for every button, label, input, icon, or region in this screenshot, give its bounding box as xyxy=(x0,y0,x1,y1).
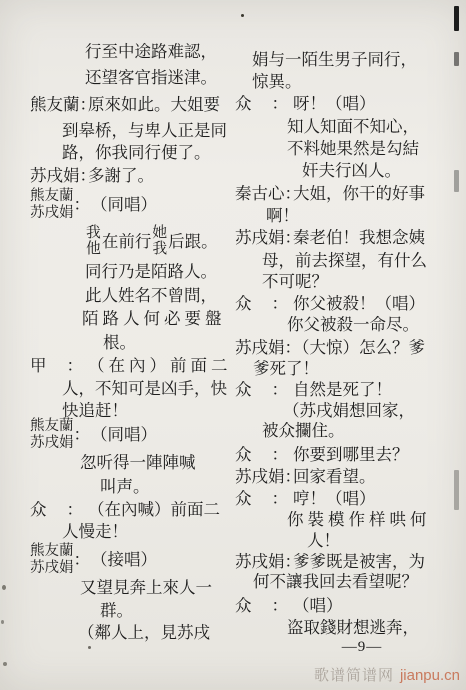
line-text: 路，你我同行便了。 xyxy=(62,143,211,163)
scan-edge-mark xyxy=(454,470,459,510)
speaker-name: 苏戌娟 xyxy=(30,435,74,452)
speaker-label: 众： xyxy=(235,294,288,314)
stage-cue: （接唱） xyxy=(91,550,157,570)
line-text: 在前行 xyxy=(102,232,152,252)
lyric-line: 同行乃是陌路人。 xyxy=(85,262,217,282)
line-text: （鄰人上，見苏戌 xyxy=(78,623,210,643)
stage-direction: （鄰人上，見苏戌 xyxy=(78,623,210,643)
dialogue-continuation: 人，不知可是凶手，快 xyxy=(62,379,227,399)
joint-speaker-label: 熊友蘭苏戌娟： xyxy=(30,543,87,578)
speaker-name: 苏戌娟 xyxy=(30,560,74,577)
speaker-label: 众： xyxy=(30,500,83,520)
dialogue-continuation: 何不讓我回去看望呢？ xyxy=(253,572,418,592)
joint-speaker-line: 熊友蘭苏戌娟：（接唱） xyxy=(30,543,157,578)
joint-speaker-line: 熊友蘭苏戌娟：（同唱） xyxy=(30,188,157,223)
dialogue-continuation: 母，前去探望，有什么 xyxy=(262,251,427,271)
speaker-colon: ： xyxy=(272,294,289,314)
speaker-name: 众 xyxy=(235,94,252,114)
joint-speaker-label: 熊友蘭苏戌娟： xyxy=(30,188,87,223)
speaker-name: 熊友蘭 xyxy=(30,543,74,560)
line-text: 你父被殺！（唱） xyxy=(293,294,425,314)
stage-direction: 被众攔住。 xyxy=(262,421,345,441)
stage-cue: （同唱） xyxy=(91,425,157,445)
line-text: 还望客官指迷津。 xyxy=(85,68,217,88)
opera-script-page: 行至中途路难認， 还望客官指迷津。 熊友蘭：原來如此。大姐要 到皋桥，与卑人正是… xyxy=(0,0,466,690)
line-text: 何不讓我回去看望呢？ xyxy=(253,572,418,592)
lyric-line: 知人知面不知心， xyxy=(287,117,419,137)
stage-direction: 惊異。 xyxy=(252,72,302,92)
line-text: 呀！（唱） xyxy=(293,94,376,114)
line-text: 原來如此。大姐要 xyxy=(88,95,220,115)
line-text: 哼！（唱） xyxy=(293,489,376,509)
speaker-name: 苏戌娟 xyxy=(235,338,285,358)
line-text: 爹爹既是被害，为 xyxy=(293,552,425,572)
lyric-line: 陌路人何必要盤 xyxy=(82,309,226,329)
joint-speaker-names: 熊友蘭苏戌娟 xyxy=(30,543,74,578)
line-text: 盗取錢財想逃奔， xyxy=(287,618,419,638)
duet-word-bottom: 他 xyxy=(86,242,101,258)
line-text: 到皋桥，与卑人正是同 xyxy=(62,121,227,141)
line-text: （在內喊）前面二 xyxy=(88,500,220,520)
line-text: 又望見奔上來人一 xyxy=(80,578,212,598)
line-text: （大惊）怎么？爹 xyxy=(293,338,425,358)
speaker-label: 甲： xyxy=(30,356,83,376)
scan-speck xyxy=(147,125,149,127)
joint-speaker-names: 熊友蘭苏戌娟 xyxy=(30,418,74,453)
duet-stack: 我他 xyxy=(86,226,101,257)
speaker-name: 熊友蘭 xyxy=(30,188,74,205)
line-text: 不可呢？ xyxy=(262,272,328,292)
speaker-label: 苏戌娟： xyxy=(235,467,288,487)
dialogue-line: 熊友蘭：原來如此。大姐要 xyxy=(30,95,220,115)
speaker-name: 苏戌娟 xyxy=(235,467,285,487)
line-text: 惊異。 xyxy=(252,72,302,92)
dialogue-line: 秦古心：大姐，你干的好事 xyxy=(235,184,425,204)
stage-direction: （苏戌娟想回家， xyxy=(283,401,415,421)
joint-speaker-line: 熊友蘭苏戌娟：（同唱） xyxy=(30,418,157,453)
line-text: 你裝模作样哄何 xyxy=(287,510,431,530)
line-text: 你父被殺一命尽。 xyxy=(287,315,419,335)
dialogue-continuation: 到皋桥，与卑人正是同 xyxy=(62,121,227,141)
speaker-colon: ： xyxy=(272,445,289,465)
speaker-label: 众： xyxy=(235,489,288,509)
lyric-continuation: 奸夫行凶人。 xyxy=(302,161,401,181)
speaker-name: 苏戌娟 xyxy=(30,205,74,222)
dialogue-line: 众：你要到哪里去？ xyxy=(235,445,409,465)
stage-cue: （同唱） xyxy=(91,195,157,215)
lyric-line: 行至中途路难認， xyxy=(85,42,217,62)
duet-word-top: 她 xyxy=(152,226,167,242)
line-text: 后跟。 xyxy=(168,232,218,252)
joint-speaker-label: 熊友蘭苏戌娟： xyxy=(30,418,87,453)
lyric-continuation: 叫声。 xyxy=(100,477,150,497)
stage-direction: 娟与一陌生男子同行， xyxy=(252,50,417,70)
speaker-name: 苏戌娟 xyxy=(235,552,285,572)
dialogue-line: 众：呀！（唱） xyxy=(235,94,376,114)
line-text: 同行乃是陌路人。 xyxy=(85,262,217,282)
speaker-colon: ： xyxy=(74,425,91,445)
line-text: （苏戌娟想回家， xyxy=(283,401,415,421)
dialogue-line: 苏戌娟：回家看望。 xyxy=(235,467,376,487)
line-text: 忽听得一陣陣喊 xyxy=(80,453,196,473)
line-text: 人，不知可是凶手，快 xyxy=(62,379,227,399)
scan-speck xyxy=(88,646,91,649)
speaker-label: 苏戌娟： xyxy=(235,228,288,248)
speaker-colon: ： xyxy=(67,356,84,376)
dialogue-line: 众：哼！（唱） xyxy=(235,489,376,509)
speaker-name: 众 xyxy=(235,489,252,509)
dialogue-line: 苏戌娟：（大惊）怎么？爹 xyxy=(235,338,425,358)
speaker-name: 秦古心 xyxy=(235,184,285,204)
duet-word-top: 我 xyxy=(86,226,101,242)
dialogue-line: 众：（唱） xyxy=(235,596,343,616)
lyric-continuation: 群。 xyxy=(100,601,133,621)
speaker-colon: ： xyxy=(67,500,84,520)
line-text: 母，前去探望，有什么 xyxy=(262,251,427,271)
line-text: （在內）前面二 xyxy=(88,356,232,376)
speaker-label: 苏戌娟： xyxy=(235,338,288,358)
lyric-line: 忽听得一陣陣喊 xyxy=(80,453,196,473)
line-text: 被众攔住。 xyxy=(262,421,345,441)
lyric-line: 你父被殺一命尽。 xyxy=(287,315,419,335)
line-text: 陌路人何必要盤 xyxy=(82,309,226,329)
speaker-colon: ： xyxy=(272,596,289,616)
scan-edge-mark xyxy=(454,52,459,66)
speaker-name: 众 xyxy=(30,500,47,520)
lyric-line: 盗取錢財想逃奔， xyxy=(287,618,419,638)
dialogue-line: 众：你父被殺！（唱） xyxy=(235,294,425,314)
joint-speaker-names: 熊友蘭苏戌娟 xyxy=(30,188,74,223)
line-text: 多謝了。 xyxy=(88,166,154,186)
speaker-label: 众： xyxy=(235,596,288,616)
lyric-line: 又望見奔上來人一 xyxy=(80,578,212,598)
dialogue-continuation: 爹死了！ xyxy=(253,359,319,379)
line-text: 秦老伯！我想念姨 xyxy=(293,228,425,248)
speaker-name: 熊友蘭 xyxy=(30,95,80,115)
line-text: （唱） xyxy=(293,596,343,616)
speaker-label: 熊友蘭： xyxy=(30,95,83,115)
speaker-name: 众 xyxy=(235,596,252,616)
line-text: 群。 xyxy=(100,601,133,621)
line-text: 行至中途路难認， xyxy=(85,42,217,62)
line-text: 啊！ xyxy=(266,206,299,226)
line-text: 大姐，你干的好事 xyxy=(293,184,425,204)
speaker-label: 苏戌娟： xyxy=(235,552,288,572)
speaker-name: 众 xyxy=(235,445,252,465)
watermark: 歌谱简谱网jianpu.cn xyxy=(314,664,460,685)
lyric-line: 不料她果然是勾結 xyxy=(287,139,419,159)
line-text: 回家看望。 xyxy=(293,467,376,487)
dialogue-continuation: 路，你我同行便了。 xyxy=(62,143,211,163)
speaker-name: 苏戌娟 xyxy=(235,228,285,248)
scan-speck xyxy=(2,585,6,590)
lyric-continuation: 根。 xyxy=(103,333,136,353)
speaker-name: 苏戌娟 xyxy=(30,166,80,186)
lyric-line: 此人姓名不曾問， xyxy=(85,286,217,306)
line-text: 不料她果然是勾結 xyxy=(287,139,419,159)
lyric-line: 还望客官指迷津。 xyxy=(85,68,217,88)
speaker-colon: ： xyxy=(74,550,91,570)
duet-stack: 她我 xyxy=(152,226,167,257)
line-text: 叫声。 xyxy=(100,477,150,497)
dialogue-line: 众：（在內喊）前面二 xyxy=(30,500,220,520)
line-text: 人！ xyxy=(307,531,340,551)
speaker-label: 众： xyxy=(235,380,288,400)
line-text: 知人知面不知心， xyxy=(287,117,419,137)
dialogue-continuation: 不可呢？ xyxy=(262,272,328,292)
line-text: 自然是死了！ xyxy=(293,380,392,400)
scan-speck xyxy=(241,14,244,17)
line-text: 人慢走！ xyxy=(62,522,128,542)
speaker-name: 众 xyxy=(235,380,252,400)
speaker-colon: ： xyxy=(272,94,289,114)
line-text: 爹死了！ xyxy=(253,359,319,379)
speaker-colon: ： xyxy=(272,489,289,509)
speaker-label: 苏戌娟： xyxy=(30,166,83,186)
dialogue-continuation: 人慢走！ xyxy=(62,522,128,542)
line-text: 此人姓名不曾問， xyxy=(85,286,217,306)
lyric-line: 你裝模作样哄何 xyxy=(287,510,431,530)
dialogue-line: 甲：（在內）前面二 xyxy=(30,356,232,376)
scan-speck xyxy=(1,620,4,624)
dialogue-line: 苏戌娟：爹爹既是被害，为 xyxy=(235,552,425,572)
speaker-label: 众： xyxy=(235,94,288,114)
duet-word-bottom: 我 xyxy=(152,242,167,258)
speaker-name: 熊友蘭 xyxy=(30,418,74,435)
line-text: 你要到哪里去？ xyxy=(293,445,409,465)
lyric-continuation: 人！ xyxy=(307,531,340,551)
speaker-label: 秦古心： xyxy=(235,184,288,204)
page-number: —9— xyxy=(334,639,390,656)
duet-lyric-line: 我他在前行她我后跟。 xyxy=(85,226,218,257)
watermark-site-name: 歌谱简谱网 xyxy=(314,667,394,684)
speaker-name: 甲 xyxy=(30,356,47,376)
scan-speck xyxy=(3,662,7,666)
speaker-label: 众： xyxy=(235,445,288,465)
line-text: 奸夫行凶人。 xyxy=(302,161,401,181)
scan-edge-mark xyxy=(454,6,459,31)
speaker-colon: ： xyxy=(272,380,289,400)
line-text: 娟与一陌生男子同行， xyxy=(252,50,417,70)
speaker-colon: ： xyxy=(74,195,91,215)
line-text: 根。 xyxy=(103,333,136,353)
watermark-domain: jianpu.cn xyxy=(400,667,460,684)
dialogue-line: 苏戌娟：多謝了。 xyxy=(30,166,154,186)
scan-edge-mark xyxy=(454,170,459,192)
dialogue-line: 众：自然是死了！ xyxy=(235,380,392,400)
speaker-name: 众 xyxy=(235,294,252,314)
dialogue-line: 苏戌娟：秦老伯！我想念姨 xyxy=(235,228,425,248)
dialogue-continuation: 啊！ xyxy=(266,206,299,226)
